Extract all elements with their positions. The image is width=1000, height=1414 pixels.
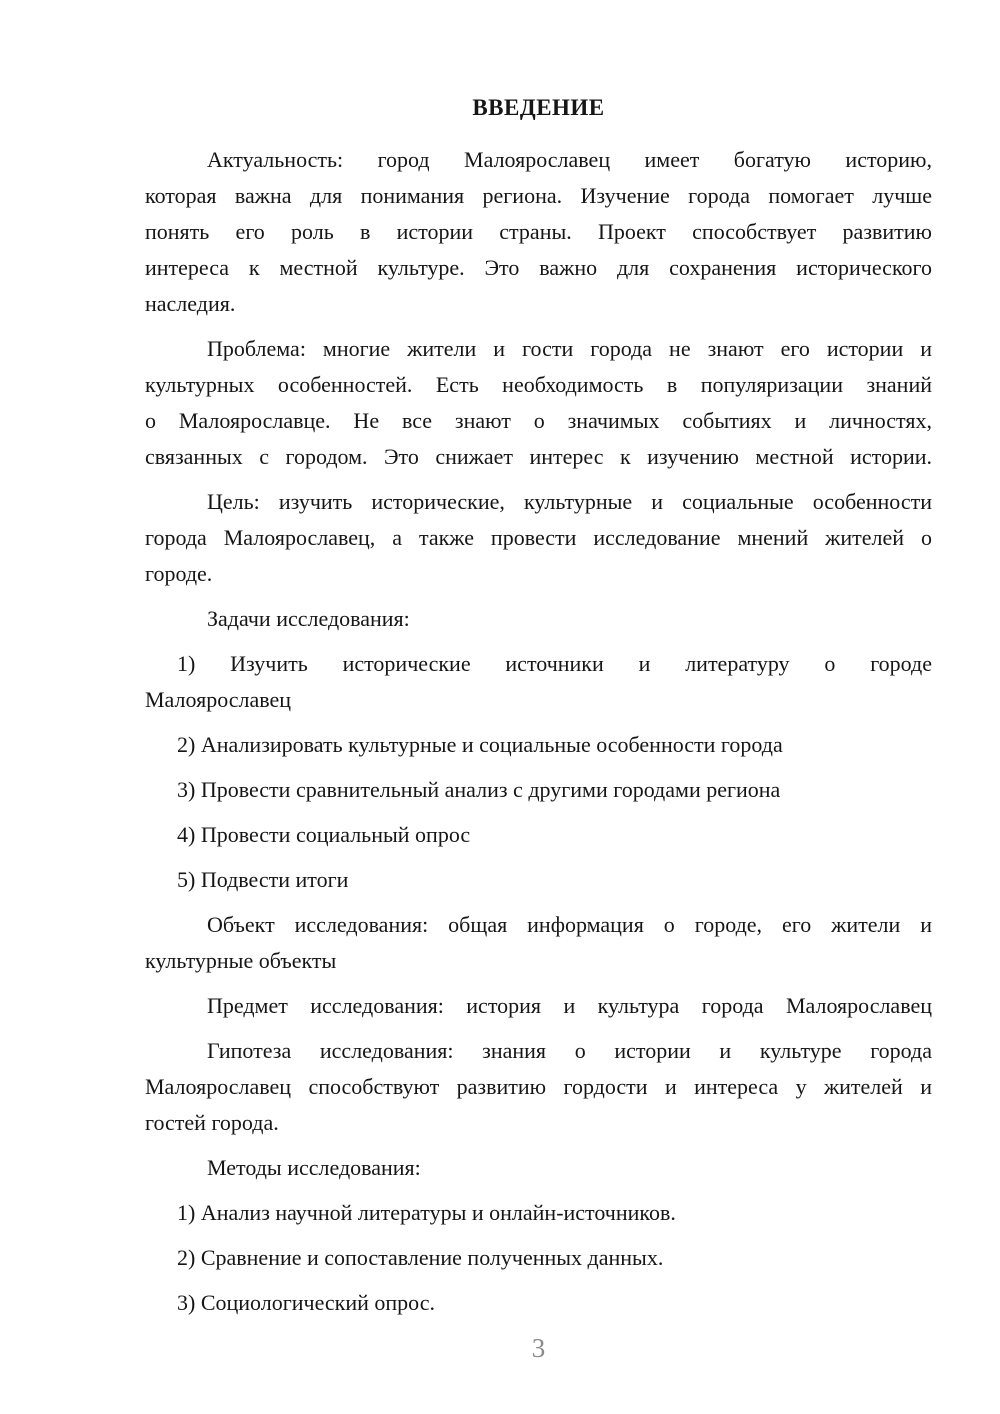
document-page: ВВЕДЕНИЕ Актуальность: город Малоярослав… — [0, 0, 1000, 1414]
text-line: Объект исследования: общая информация о … — [145, 907, 932, 943]
text-line: связанных с городом. Это снижает интерес… — [145, 439, 932, 475]
list-item-task-5: 5) Подвести итоги — [145, 862, 932, 898]
paragraph-problem: Проблема: многие жители и гости города н… — [145, 331, 932, 475]
text-line: Актуальность: город Малоярославец имеет … — [145, 142, 932, 178]
section-heading: ВВЕДЕНИЕ — [145, 90, 932, 126]
text-line: Задачи исследования: — [145, 601, 932, 637]
paragraph-goal: Цель: изучить исторические, культурные и… — [145, 484, 932, 592]
text-line: Методы исследования: — [145, 1150, 932, 1186]
list-item-method-3: 3) Социологический опрос. — [145, 1285, 932, 1321]
list-item-task-4: 4) Провести социальный опрос — [145, 817, 932, 853]
text-line: 5) Подвести итоги — [145, 862, 932, 898]
page-number: 3 — [145, 1330, 932, 1366]
text-line: Цель: изучить исторические, культурные и… — [145, 484, 932, 520]
text-line: Гипотеза исследования: знания о истории … — [145, 1033, 932, 1069]
text-line: городе. — [145, 556, 932, 592]
text-line: 1) Анализ научной литературы и онлайн-ис… — [145, 1195, 932, 1231]
text-line: культурных особенностей. Есть необходимо… — [145, 367, 932, 403]
paragraph-methods-label: Методы исследования: — [145, 1150, 932, 1186]
text-line: 3) Социологический опрос. — [145, 1285, 932, 1321]
paragraph-hypothesis: Гипотеза исследования: знания о истории … — [145, 1033, 932, 1141]
text-line: наследия. — [145, 286, 932, 322]
text-line: 4) Провести социальный опрос — [145, 817, 932, 853]
text-line: о Малоярославце. Не все знают о значимых… — [145, 403, 932, 439]
list-item-task-2: 2) Анализировать культурные и социальные… — [145, 727, 932, 763]
paragraph-tasks-label: Задачи исследования: — [145, 601, 932, 637]
paragraph-relevance: Актуальность: город Малоярославец имеет … — [145, 142, 932, 322]
text-line: понять его роль в истории страны. Проект… — [145, 214, 932, 250]
list-item-task-1: 1) Изучить исторические источники и лите… — [145, 646, 932, 718]
text-line: города Малоярославец, а также провести и… — [145, 520, 932, 556]
text-line: Предмет исследования: история и культура… — [145, 988, 932, 1024]
text-line: Проблема: многие жители и гости города н… — [145, 331, 932, 367]
text-line: 3) Провести сравнительный анализ с други… — [145, 772, 932, 808]
paragraph-subject: Предмет исследования: история и культура… — [145, 988, 932, 1024]
text-line: 1) Изучить исторические источники и лите… — [145, 646, 932, 682]
text-line: гостей города. — [145, 1105, 932, 1141]
list-item-method-1: 1) Анализ научной литературы и онлайн-ис… — [145, 1195, 932, 1231]
text-line: которая важна для понимания региона. Изу… — [145, 178, 932, 214]
text-line: 2) Анализировать культурные и социальные… — [145, 727, 932, 763]
text-line: Малоярославец способствуют развитию горд… — [145, 1069, 932, 1105]
text-line: интереса к местной культуре. Это важно д… — [145, 250, 932, 286]
paragraph-object: Объект исследования: общая информация о … — [145, 907, 932, 979]
list-item-method-2: 2) Сравнение и сопоставление полученных … — [145, 1240, 932, 1276]
list-item-task-3: 3) Провести сравнительный анализ с други… — [145, 772, 932, 808]
text-line: культурные объекты — [145, 943, 932, 979]
text-line: Малоярославец — [145, 682, 932, 718]
text-line: 2) Сравнение и сопоставление полученных … — [145, 1240, 932, 1276]
